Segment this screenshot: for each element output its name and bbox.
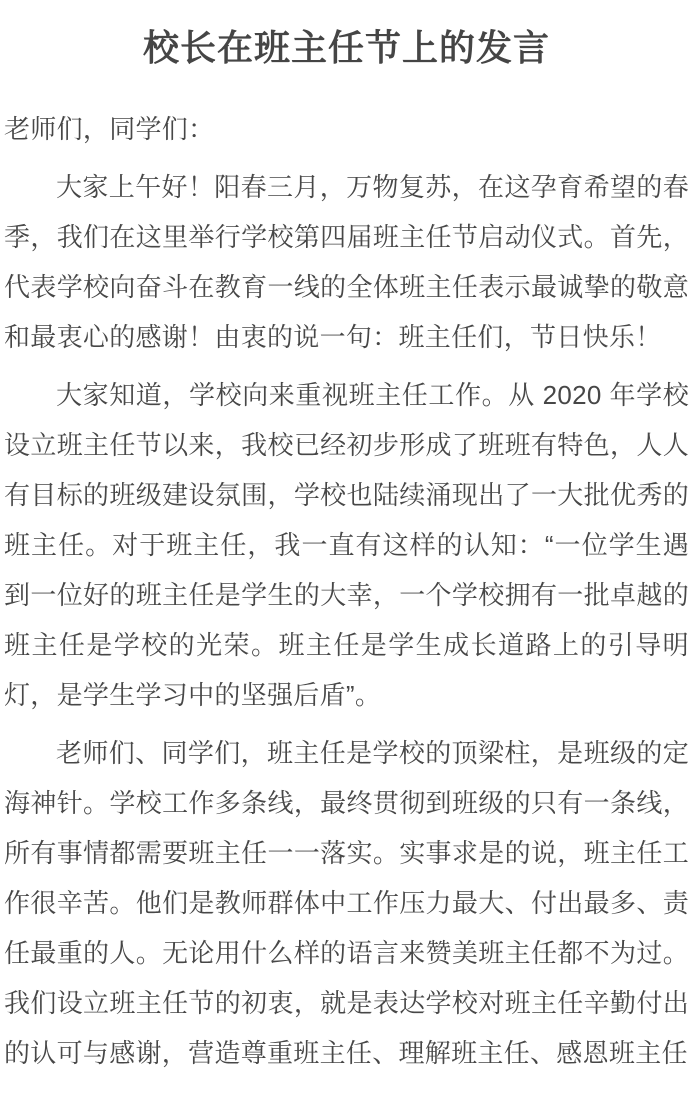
paragraph-school-recognition: 大家知道，学校向来重视班主任工作。从 2020 年学校设立班主任节以来，我校已经… (4, 370, 689, 720)
speech-document-page: 校长在班主任节上的发言 老师们，同学们： 大家上午好！阳春三月，万物复苏，在这孕… (0, 0, 693, 1078)
document-title: 校长在班主任节上的发言 (4, 24, 689, 72)
paragraph-greeting: 大家上午好！阳春三月，万物复苏，在这孕育希望的春季，我们在这里举行学校第四届班主… (4, 162, 689, 362)
salutation-line: 老师们，同学们： (4, 104, 689, 154)
paragraph-tribute-to-teachers: 老师们、同学们，班主任是学校的顶梁柱，是班级的定海神针。学校工作多条线，最终贯彻… (4, 728, 689, 1078)
